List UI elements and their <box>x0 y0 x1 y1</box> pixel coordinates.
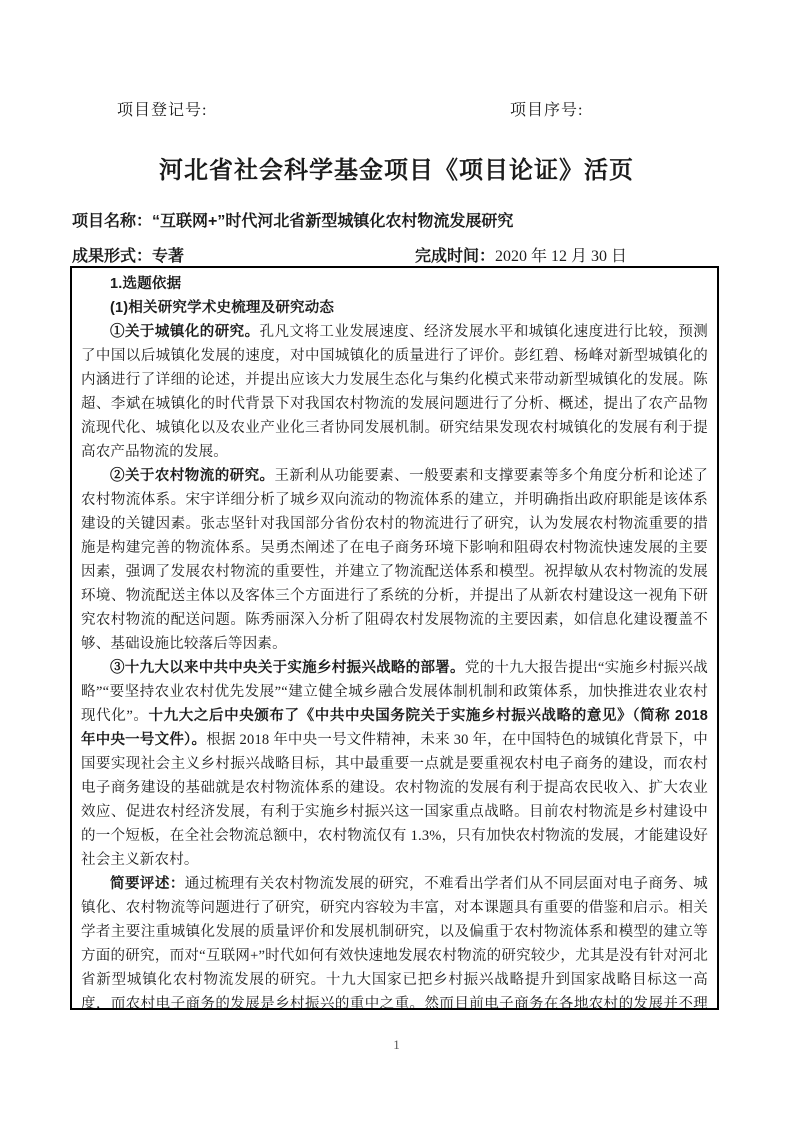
paragraph: ①关于城镇化的研究。孔凡文将工业发展速度、经济发展水平和城镇化速度进行比较，预测… <box>81 320 708 464</box>
project-name-label: 项目名称： <box>72 213 152 230</box>
result-form-label: 成果形式： <box>72 248 152 265</box>
bold-text-run: ②关于农村物流的研究。 <box>110 468 275 484</box>
body-paragraphs: 1.选题依据(1)相关研究学术史梳理及研究动态①关于城镇化的研究。孔凡文将工业发… <box>81 272 708 1010</box>
registration-number-label: 项目登记号: <box>117 97 207 120</box>
paragraph: 1.选题依据 <box>81 272 708 296</box>
text-run: 王新利从功能要素、一般要素和支撑要素等多个角度分析和论述了农村物流体系。宋宇详细… <box>81 468 708 652</box>
text-run: 根据 2018 年中央一号文件精神，未来 30 年，在中国特色的城镇化背景下，中… <box>81 732 708 868</box>
completion-date-value: 2020 年 12 月 30 日 <box>495 248 627 265</box>
text-run: 孔凡文将工业发展速度、经济发展水平和城镇化速度进行比较，预测了中国以后城镇化发展… <box>81 324 708 460</box>
paragraph: ③十九大以来中共中央关于实施乡村振兴战略的部署。党的十九大报告提出“实施乡村振兴… <box>81 656 708 872</box>
document-header: 项目登记号: 项目序号: <box>0 97 793 119</box>
paragraph: (1)相关研究学术史梳理及研究动态 <box>81 296 708 320</box>
serial-number-label: 项目序号: <box>510 97 583 120</box>
completion-group: 完成时间：2020 年 12 月 30 日 <box>415 243 627 266</box>
paragraph: 简要评述：通过梳理有关农村物流发展的研究，不难看出学者们从不同层面对电子商务、城… <box>81 872 708 1010</box>
text-run: 通过梳理有关农村物流发展的研究，不难看出学者们从不同层面对电子商务、城镇化、农村… <box>81 876 708 1010</box>
bold-text-run: 简要评述： <box>110 876 185 892</box>
result-completion-row: 成果形式：专著 完成时间：2020 年 12 月 30 日 <box>72 243 727 265</box>
bold-text-run: (1)相关研究学术史梳理及研究动态 <box>110 300 334 316</box>
bold-text-run: ①关于城镇化的研究。 <box>110 324 260 340</box>
page: { "colors": { "ink": "#1b1b1b", "border"… <box>0 0 793 1122</box>
page-number: 1 <box>0 1037 793 1053</box>
content-box: 1.选题依据(1)相关研究学术史梳理及研究动态①关于城镇化的研究。孔凡文将工业发… <box>70 266 719 1010</box>
completion-time-label: 完成时间： <box>415 248 495 265</box>
document-title: 河北省社会科学基金项目《项目论证》活页 <box>0 150 793 185</box>
bold-text-run: 1.选题依据 <box>110 276 181 292</box>
project-name-value: “互联网+”时代河北省新型城镇化农村物流发展研究 <box>152 213 513 230</box>
project-name-row: 项目名称：“互联网+”时代河北省新型城镇化农村物流发展研究 <box>72 208 727 231</box>
paragraph: ②关于农村物流的研究。王新利从功能要素、一般要素和支撑要素等多个角度分析和论述了… <box>81 464 708 656</box>
bold-text-run: ③十九大以来中共中央关于实施乡村振兴战略的部署。 <box>110 660 465 676</box>
result-form-value: 专著 <box>152 248 184 265</box>
